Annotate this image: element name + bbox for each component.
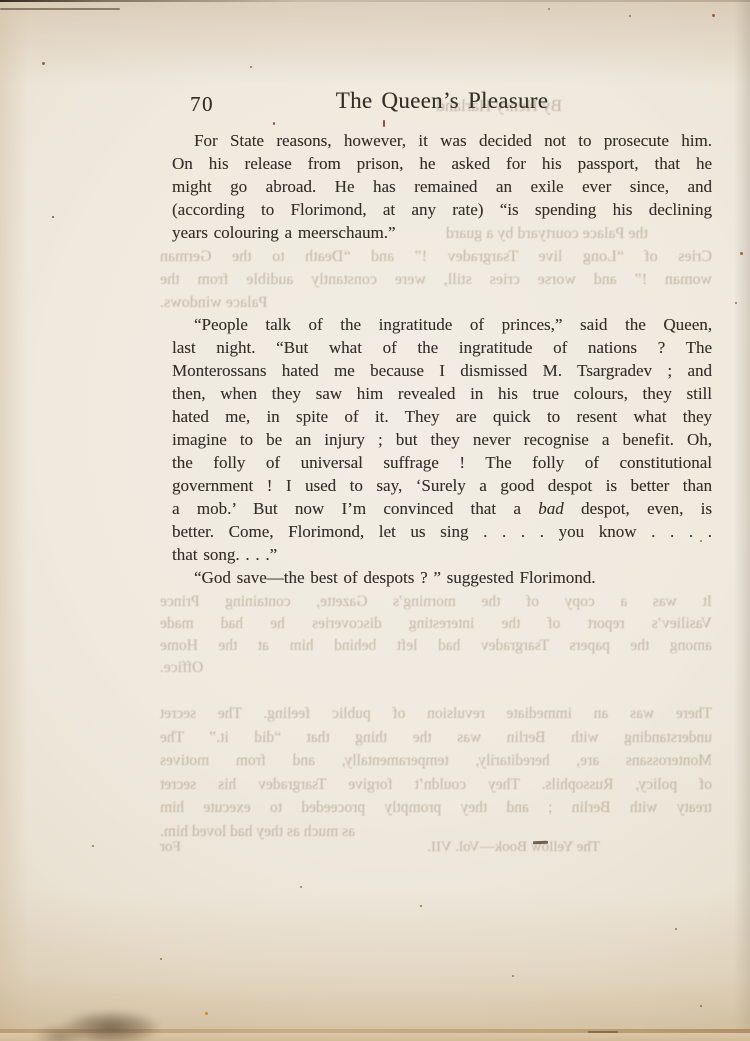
bleedthrough-catchword: For bbox=[160, 836, 181, 859]
paper-speck bbox=[205, 1012, 208, 1015]
bleedthrough-running-footer: The Yellow Book—Vol. VII. For bbox=[160, 836, 712, 859]
paragraph: “People talk of the ingratitude of princ… bbox=[172, 313, 712, 566]
paper-speck bbox=[712, 14, 715, 17]
page-right-edge-shade bbox=[734, 0, 750, 1041]
paragraph: “God save—the best of despots ? ” sugges… bbox=[172, 566, 712, 589]
bleedthrough-book-title: The Yellow Book—Vol. VII. bbox=[427, 836, 600, 859]
paragraph: For State reasons, however, it was decid… bbox=[172, 129, 712, 244]
paper-speck bbox=[629, 15, 631, 17]
paper-speck bbox=[420, 905, 422, 907]
page-top-edge-tint bbox=[0, 0, 750, 85]
paper-speck bbox=[740, 252, 743, 255]
paper-speck bbox=[42, 62, 45, 65]
bleedthrough-text-block: It was a copy of the morning’s Gazette, … bbox=[160, 591, 712, 679]
paper-speck bbox=[512, 975, 514, 977]
page-top-edge-line bbox=[0, 0, 750, 2]
page-top-corner-line bbox=[0, 8, 120, 10]
paper-speck bbox=[675, 928, 677, 930]
paper-speck bbox=[548, 8, 550, 10]
bleedthrough-running-header: By Henry Harland bbox=[160, 94, 712, 117]
paper-speck bbox=[700, 1005, 702, 1007]
paper-speck bbox=[383, 120, 385, 127]
paper-speck bbox=[52, 216, 54, 218]
bleedthrough-text-block: There was an immediate revulsion of publ… bbox=[160, 702, 712, 843]
ink-stain bbox=[34, 1024, 86, 1041]
paper-speck bbox=[250, 66, 252, 68]
paper-speck bbox=[92, 845, 94, 847]
paper-speck bbox=[735, 302, 737, 304]
paper-speck bbox=[160, 958, 162, 960]
paper-speck bbox=[300, 886, 302, 888]
paper-speck bbox=[273, 122, 275, 125]
page-bottom-edge-mark bbox=[588, 1031, 618, 1033]
book-page-scan: By Henry Harland the Palace courtyard by… bbox=[0, 0, 750, 1041]
page-body-text: For State reasons, however, it was decid… bbox=[172, 129, 712, 589]
page-left-edge-tint bbox=[0, 0, 28, 1041]
